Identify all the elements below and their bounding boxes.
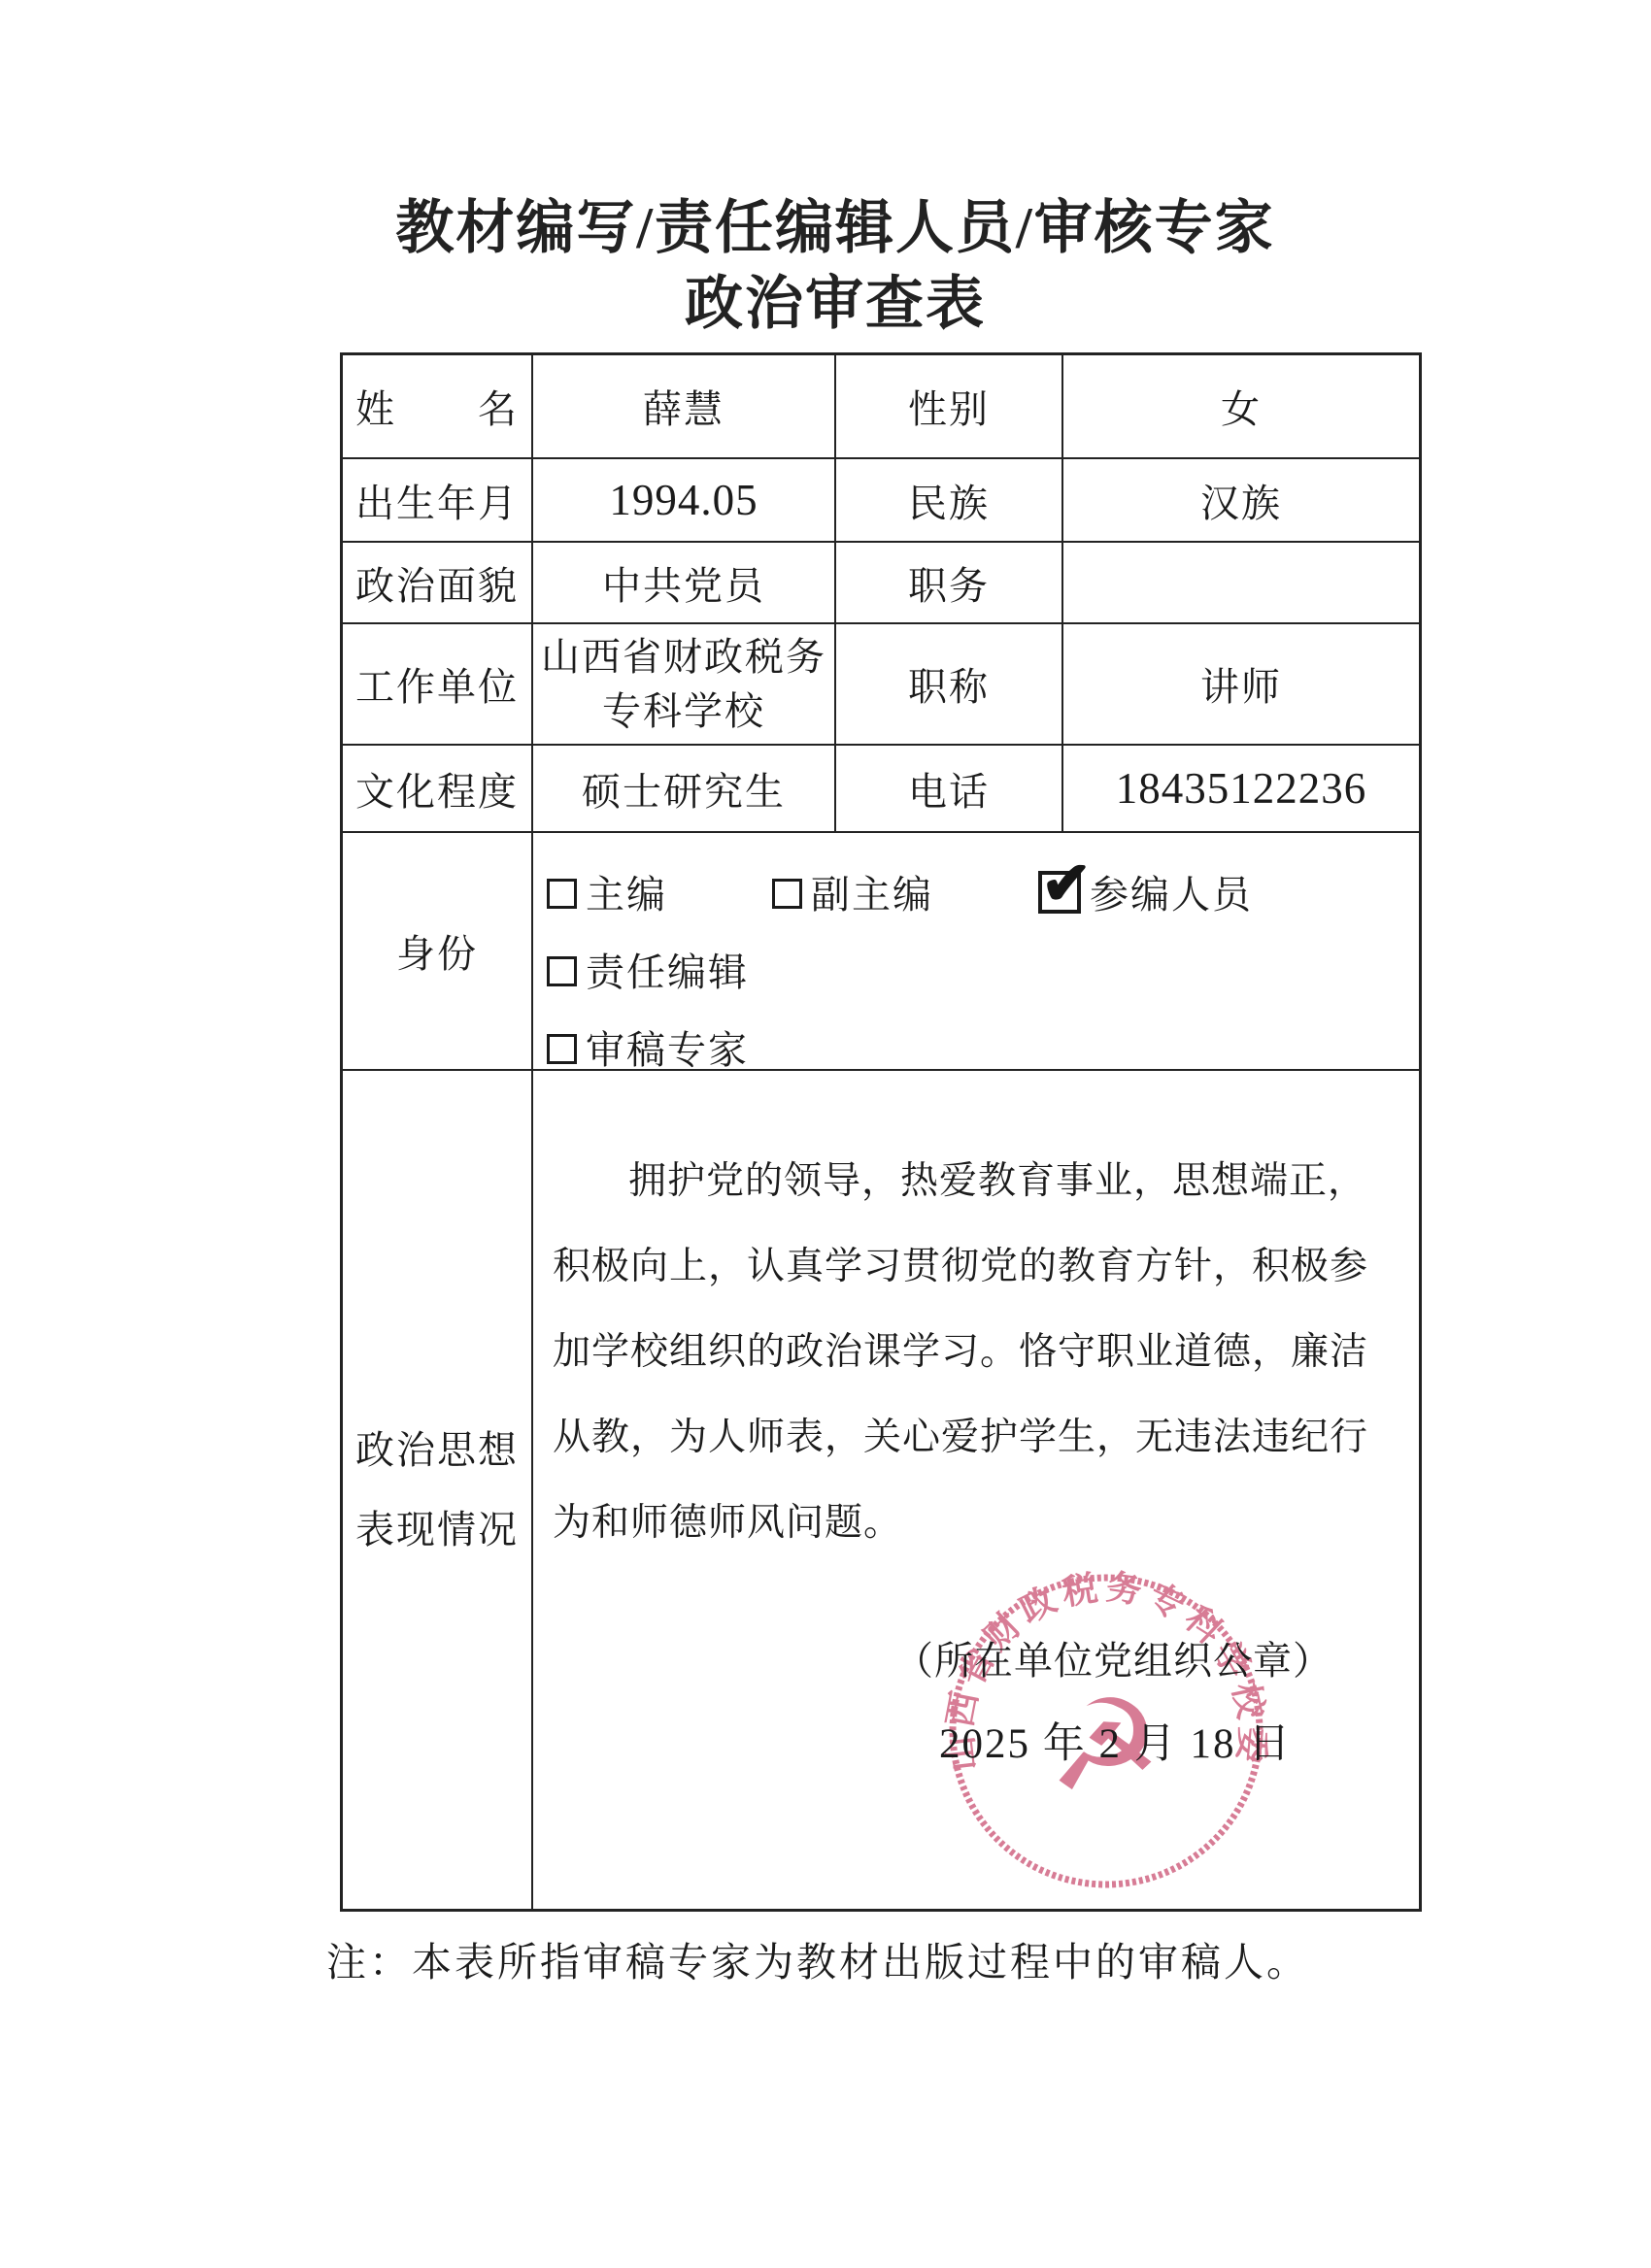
field-label-ethnicity: 民族	[836, 459, 1063, 543]
form-title: 教材编写/责任编辑人员/审核专家 政治审查表	[301, 190, 1369, 342]
option-label: 参编人员	[1090, 873, 1253, 917]
checkbox-contributing-editor	[1038, 871, 1081, 914]
review-form-table: 姓 名 薛慧 性别 女 出生年月 1994.05 民族 汉族 政治面貌 中共党员…	[340, 352, 1422, 1912]
field-label-name: 姓 名	[343, 355, 533, 459]
option-chief-editor: 主编	[547, 856, 667, 934]
identity-option-line-2: 责任编辑	[547, 934, 1419, 1012]
field-label-phone: 电话	[836, 746, 1063, 833]
appraisal-line: 为和师德师风问题。	[553, 1481, 1419, 1566]
footer-note: 注：本表所指审稿专家为教材出版过程中的审稿人。	[326, 1930, 1309, 1987]
political-thought-cell: 拥护党的领导，热爱教育事业，思想端正， 积极向上，认真学习贯彻党的教育方针，积极…	[533, 1071, 1419, 1909]
field-label-political-status: 政治面貌	[343, 543, 533, 624]
option-contributing-editor: 参编人员	[1038, 856, 1253, 934]
pol-label-line1: 政治思想	[355, 1411, 519, 1490]
field-label-employer: 工作单位	[343, 624, 533, 746]
checkbox-chief-editor	[547, 879, 577, 909]
option-label: 审稿专家	[586, 1028, 749, 1072]
checkbox-responsible-editor	[547, 956, 577, 986]
field-value-political-status: 中共党员	[533, 543, 836, 624]
option-label: 副主编	[811, 873, 933, 917]
checkbox-deputy-chief-editor	[772, 879, 802, 909]
scanned-form-page: 教材编写/责任编辑人员/审核专家 政治审查表 姓 名 薛慧 性别 女 出生年月 …	[0, 0, 1651, 2268]
appraisal-line: 从教，为人师表，关心爱护学生，无违法违纪行	[553, 1395, 1419, 1481]
appraisal-line: 加学校组织的政治课学习。恪守职业道德，廉洁	[553, 1310, 1419, 1395]
field-value-position	[1063, 543, 1419, 624]
field-label-birthdate: 出生年月	[343, 459, 533, 543]
identity-option-line-1: 主编 副主编 参编人员	[547, 856, 1419, 934]
appraisal-line: 拥护党的领导，热爱教育事业，思想端正，	[553, 1139, 1419, 1224]
field-label-identity: 身份	[343, 833, 533, 1071]
field-value-birthdate: 1994.05	[533, 459, 836, 543]
form-title-line2: 政治审查表	[301, 266, 1369, 342]
pol-label-line2: 表现情况	[355, 1490, 519, 1570]
stamp-caption: （所在单位党组织公章）	[894, 1630, 1419, 1685]
field-value-employer: 山西省财政税务专科学校	[533, 624, 836, 746]
field-label-position: 职务	[836, 543, 1063, 624]
option-label: 主编	[586, 873, 667, 917]
field-value-phone: 18435122236	[1063, 746, 1419, 833]
field-label-political-thought: 政治思想 表现情况	[343, 1071, 533, 1909]
appraisal-line: 积极向上，认真学习贯彻党的教育方针，积极参	[553, 1224, 1419, 1310]
stamp-date: 2025 年 2 月 18 日	[939, 1711, 1419, 1770]
field-value-professional-title: 讲师	[1063, 624, 1419, 746]
option-deputy-chief-editor: 副主编	[772, 856, 933, 934]
field-value-ethnicity: 汉族	[1063, 459, 1419, 543]
field-value-gender: 女	[1063, 355, 1419, 459]
field-value-education: 硕士研究生	[533, 746, 836, 833]
field-label-professional-title: 职称	[836, 624, 1063, 746]
field-value-name: 薛慧	[533, 355, 836, 459]
checkbox-review-expert	[547, 1034, 577, 1064]
option-label: 责任编辑	[586, 951, 749, 994]
option-responsible-editor: 责任编辑	[547, 934, 749, 1012]
field-label-gender: 性别	[836, 355, 1063, 459]
field-label-education: 文化程度	[343, 746, 533, 833]
identity-options-cell: 主编 副主编 参编人员 责任编辑 审稿专家	[533, 833, 1419, 1071]
form-title-line1: 教材编写/责任编辑人员/审核专家	[301, 190, 1369, 266]
